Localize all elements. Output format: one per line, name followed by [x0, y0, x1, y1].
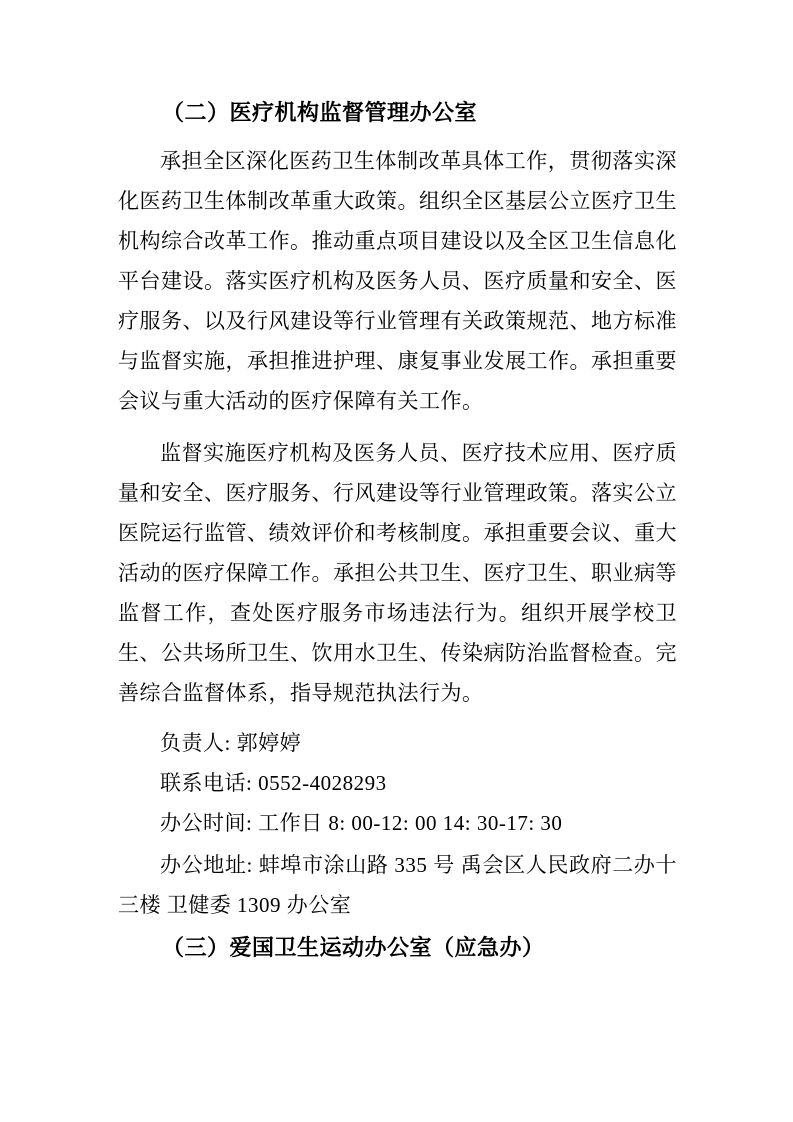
paragraph-reform-duties: 承担全区深化医药卫生体制改革具体工作，贯彻落实深化医药卫生体制改革重大政策。组织… [118, 141, 677, 421]
document-page: （二）医疗机构监督管理办公室 承担全区深化医药卫生体制改革具体工作，贯彻落实深化… [0, 0, 793, 1122]
info-person-in-charge: 负责人: 郭婷婷 [118, 723, 677, 763]
info-office-address: 办公地址: 蚌埠市涂山路 335 号 禹会区人民政府二办十三楼 卫健委 1309… [118, 845, 677, 925]
paragraph-supervision-duties: 监督实施医疗机构及医务人员、医疗技术应用、医疗质量和安全、医疗服务、行风建设等行… [118, 433, 677, 713]
info-office-hours: 办公时间: 工作日 8: 00-12: 00 14: 30-17: 30 [118, 803, 677, 843]
section-heading-2: （二）医疗机构监督管理办公室 [118, 93, 677, 133]
info-contact-phone: 联系电话: 0552-4028293 [118, 763, 677, 803]
section-heading-3: （三）爱国卫生运动办公室（应急办） [118, 928, 677, 968]
